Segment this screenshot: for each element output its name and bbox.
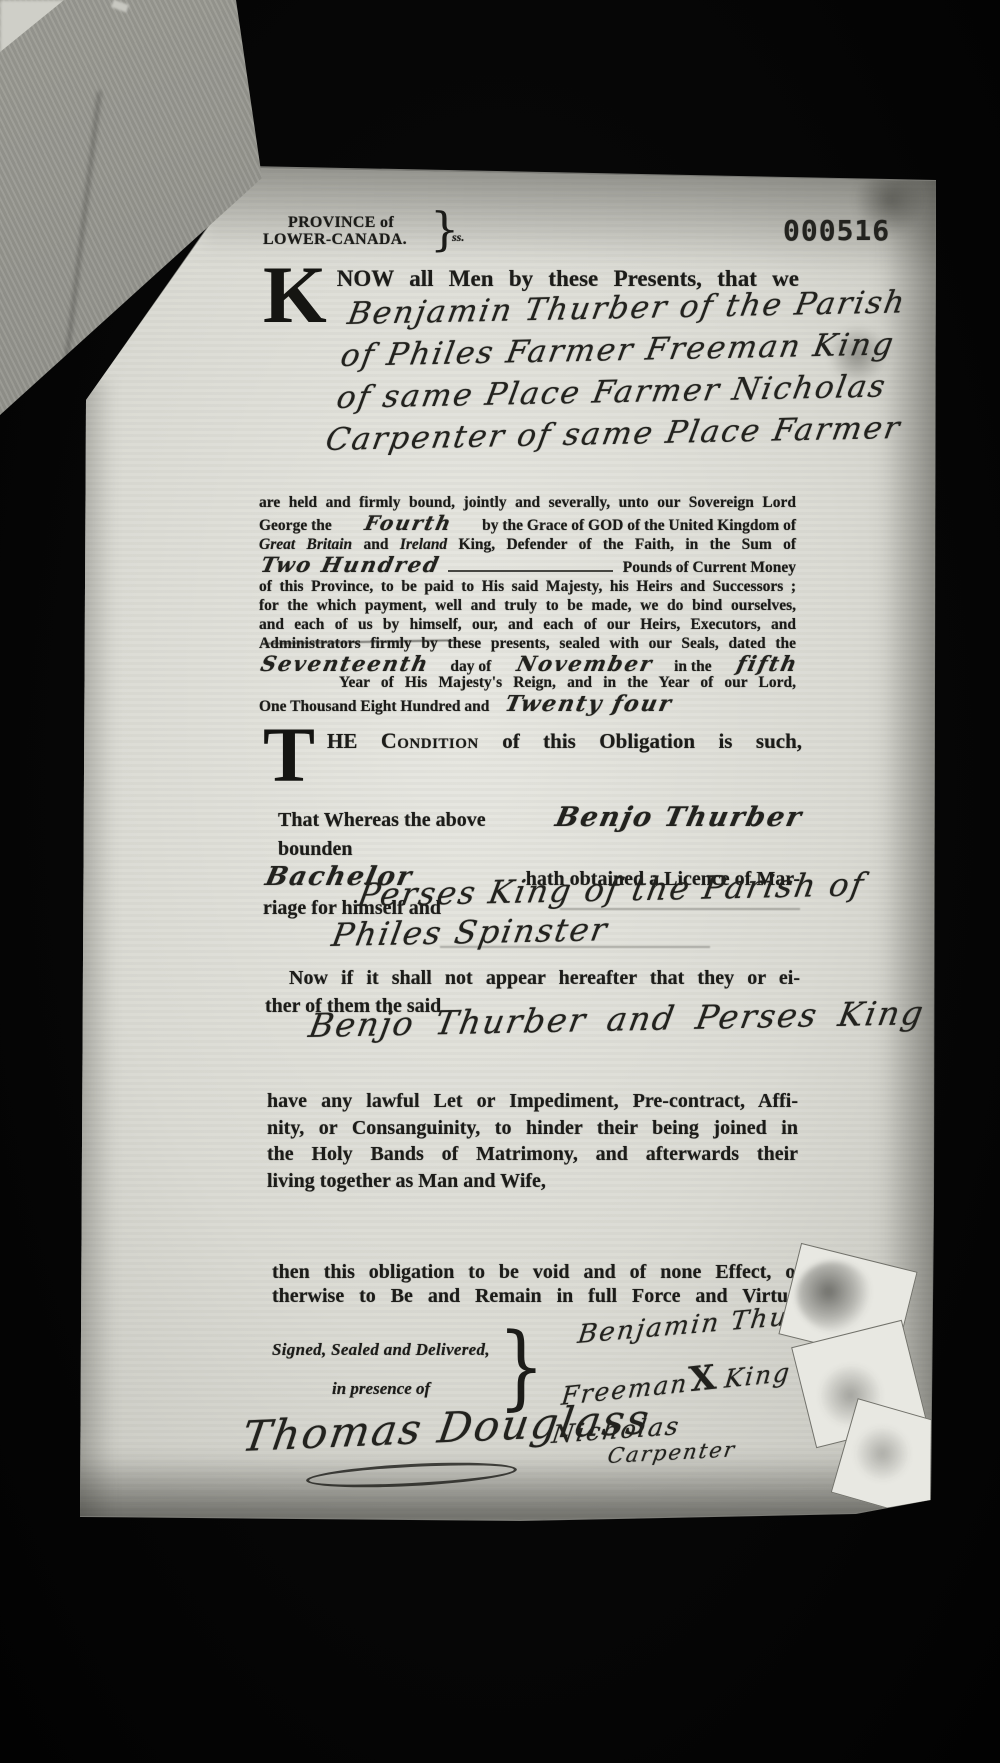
handwritten-fill: Two Hundred [259, 554, 442, 575]
condition-dropcap: T [263, 726, 315, 784]
groom-name-handwritten: Benjo Thurber [553, 804, 805, 831]
wafer-seal [831, 1398, 968, 1524]
serial-number: 000516 [783, 214, 890, 247]
printed-text-segment: King, Defender of the Faith, in the Sum … [459, 536, 796, 553]
printed-text-segment: and [363, 536, 388, 553]
obligation-line: and each of us by himself, our, and each… [259, 616, 796, 635]
baseline-rule [560, 908, 800, 910]
handwritten-fill: November [515, 653, 656, 674]
obligation-line: One Thousand Eight Hundred and Twenty fo… [259, 693, 796, 717]
handwritten-fill: Seventeenth [259, 653, 431, 674]
printed-text-segment: HE [327, 729, 357, 753]
signer-name-segment: King [723, 1359, 792, 1391]
condition-clause: T HE Condition of this Obligation is suc… [263, 726, 802, 784]
baseline-rule [440, 946, 710, 948]
handwritten-fill: fifth [735, 653, 800, 674]
printed-text-segment: by the Grace of GOD of the United Kingdo… [482, 517, 796, 536]
attestation-caption: Signed, Sealed and Delivered, [272, 1340, 490, 1360]
obligation-line: for the which payment, well and truly to… [259, 597, 796, 616]
printed-line: the Holy Bands of Matrimony, and afterwa… [267, 1141, 798, 1168]
signature-flourish [306, 1458, 518, 1491]
opening-dropcap: K [263, 264, 327, 326]
handwritten-party-line: Carpenter of same Place Farmer [323, 410, 904, 458]
handwritten-party-line: of same Place Farmer Nicholas [334, 369, 890, 416]
province-caption: PROVINCE of LOWER-CANADA. [263, 214, 433, 248]
printed-line: then this obligation to be void and of n… [272, 1260, 802, 1284]
ss-abbreviation: ss. [452, 230, 464, 245]
impediment-paragraph: have any lawful Let or Impediment, Pre-c… [267, 1088, 798, 1194]
signature-mark: X [687, 1357, 719, 1400]
printed-line: therwise to Be and Remain in full Force … [272, 1284, 802, 1308]
province-line: LOWER-CANADA. [263, 231, 433, 248]
handwritten-fill: Twenty four [503, 693, 675, 715]
fold-crease [58, 91, 101, 419]
printed-text-segment: George the [259, 517, 332, 536]
attestation-brace-glyph: } [498, 1328, 545, 1406]
closing-clause: then this obligation to be void and of n… [272, 1260, 802, 1308]
obligation-line: of this Province, to be paid to His said… [259, 578, 796, 597]
printed-line: nity, or Consanguinity, to hinder their … [267, 1115, 798, 1142]
obligation-line: Seventeenth day of November in the fifth [259, 653, 796, 674]
province-line: PROVINCE of [288, 214, 433, 231]
fill-in-rule [448, 570, 613, 572]
seal-smudge [846, 1419, 919, 1488]
condition-smallcaps: Condition [381, 728, 479, 753]
obligation-line: Two Hundred Pounds of Current Money [259, 554, 796, 578]
whereas-line: That Whereas the above bounden Benjo Thu… [263, 804, 800, 864]
printed-text-segment: Ireland [400, 536, 447, 553]
printed-text-segment: of this Obligation is such, [502, 729, 802, 753]
signer-signature: Freeman X King [557, 1350, 791, 1414]
printed-line: have any lawful Let or Impediment, Pre-c… [267, 1088, 798, 1115]
handwritten-fill: Fourth [363, 513, 455, 533]
printed-text-segment: Pounds of Current Money [623, 559, 796, 578]
obligation-line: George the Fourth by the Grace of GOD of… [259, 513, 796, 536]
handwritten-party-line: of Philes Farmer Freeman King [338, 326, 898, 374]
obligation-line: are held and firmly bound, jointly and s… [259, 494, 796, 513]
obligation-paragraph: are held and firmly bound, jointly and s… [259, 494, 796, 717]
condition-line: HE Condition of this Obligation is such, [327, 726, 802, 756]
attestation-caption: in presence of [332, 1379, 430, 1399]
photograph-background: PROVINCE of LOWER-CANADA. } ss. 000516 K… [0, 0, 1000, 1763]
printed-line: living together as Man and Wife, [267, 1168, 798, 1195]
printed-line: Now if it shall not appear hereafter tha… [265, 964, 800, 992]
printed-text-segment: Great Britain [259, 536, 352, 553]
signer-name-segment: Freeman [560, 1370, 690, 1409]
printed-text-segment: That Whereas the above bounden [263, 806, 553, 864]
ss-brace-glyph: } [430, 206, 459, 252]
